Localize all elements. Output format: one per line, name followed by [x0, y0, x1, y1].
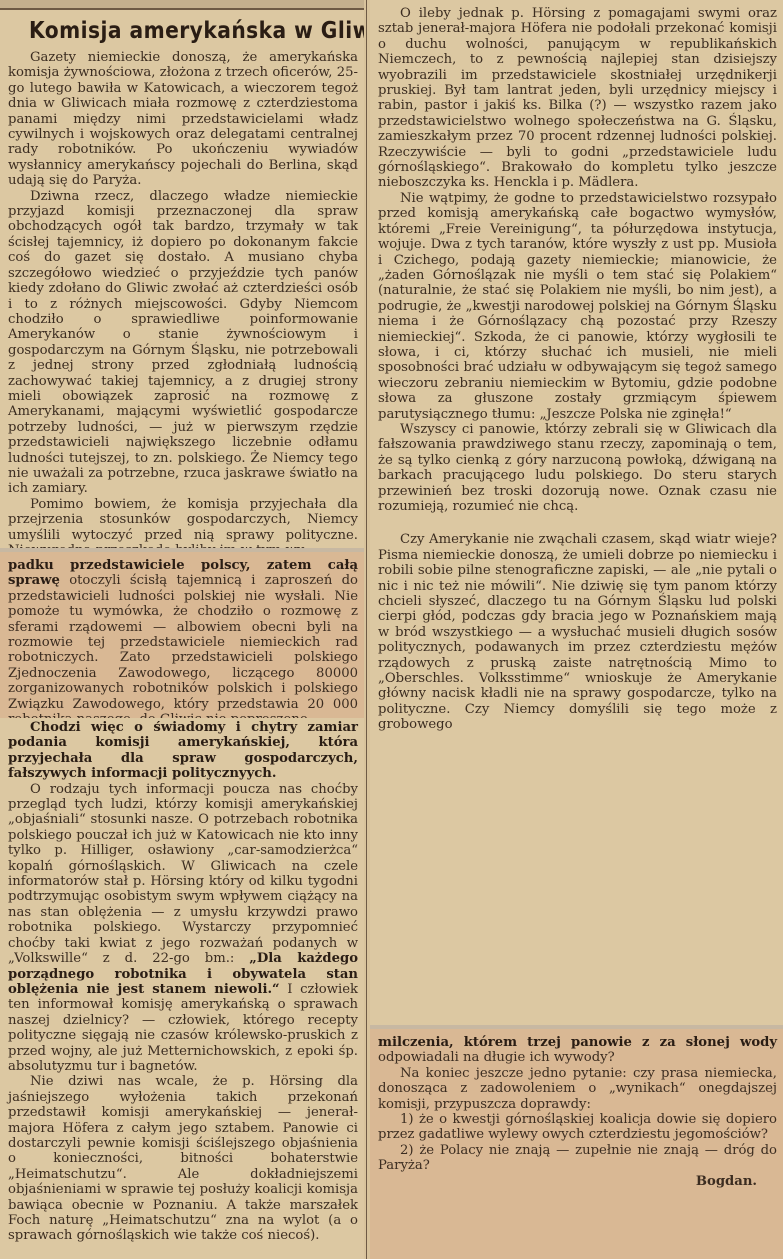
paragraph: Dziwna rzecz, dlaczego władze niemieckie…	[8, 189, 358, 497]
clipping-left-top: Komisja amerykańska w Gliwicach. Gazety …	[0, 0, 364, 548]
clipping-left-middle: padku przedstawiciele polscy, zatem całą…	[0, 548, 364, 718]
question-2: 2) że Polacy nie znają — zupełnie nie zn…	[378, 1143, 777, 1174]
paragraph: milczenia, którem trzej panowie z za sło…	[378, 1035, 777, 1066]
paragraph: Czy Amerykanie nie zwąchali czasem, skąd…	[378, 532, 777, 732]
author-signature: Bogdan.	[696, 1174, 757, 1189]
clipping-right-bottom: milczenia, którem trzej panowie z za sło…	[370, 1025, 783, 1259]
question-1: 1) że o kwestji górnośląskiej koalicja d…	[378, 1112, 777, 1143]
left-column: Komisja amerykańska w Gliwicach. Gazety …	[0, 0, 364, 1259]
section-gap	[378, 514, 777, 532]
paragraph: Gazety niemieckie donoszą, że amerykańsk…	[8, 50, 358, 189]
paragraph: Na koniec jeszcze jedno pytanie: czy pra…	[378, 1066, 777, 1112]
paragraph: Nie wątpimy, że godne to przedstawiciels…	[378, 191, 777, 422]
headline: Komisja amerykańska w Gliwicach.	[29, 18, 337, 44]
closing-line: 2) że Polacy nie znają — zupełnie nie zn…	[378, 1143, 777, 1174]
paragraph: padku przedstawiciele polscy, zatem całą…	[8, 558, 358, 718]
signature-row: Bogdan.	[378, 1174, 777, 1189]
paragraph: Wszyscy ci panowie, którzy zebrali się w…	[378, 422, 777, 514]
paragraph: O ileby jednak p. Hörsing z pomagajami s…	[378, 6, 777, 191]
clipping-left-bottom: Chodzi więc o świadomy i chytry zamiar p…	[0, 718, 364, 1259]
newspaper-page: Komisja amerykańska w Gliwicach. Gazety …	[0, 0, 783, 1259]
clipping-right-top: O ileby jednak p. Hörsing z pomagajami s…	[370, 0, 783, 1025]
right-column: O ileby jednak p. Hörsing z pomagajami s…	[370, 0, 783, 1259]
top-rule	[0, 0, 364, 10]
paragraph: Nie dziwi nas wcale, że p. Hörsing dla j…	[8, 1074, 358, 1243]
paragraph-emphasis: Chodzi więc o świadomy i chytry zamiar p…	[8, 720, 358, 782]
paragraph: O rodzaju tych informacji poucza nas cho…	[8, 782, 358, 1075]
paragraph: Pomimo bowiem, że komisja przyjechała dl…	[8, 497, 358, 548]
